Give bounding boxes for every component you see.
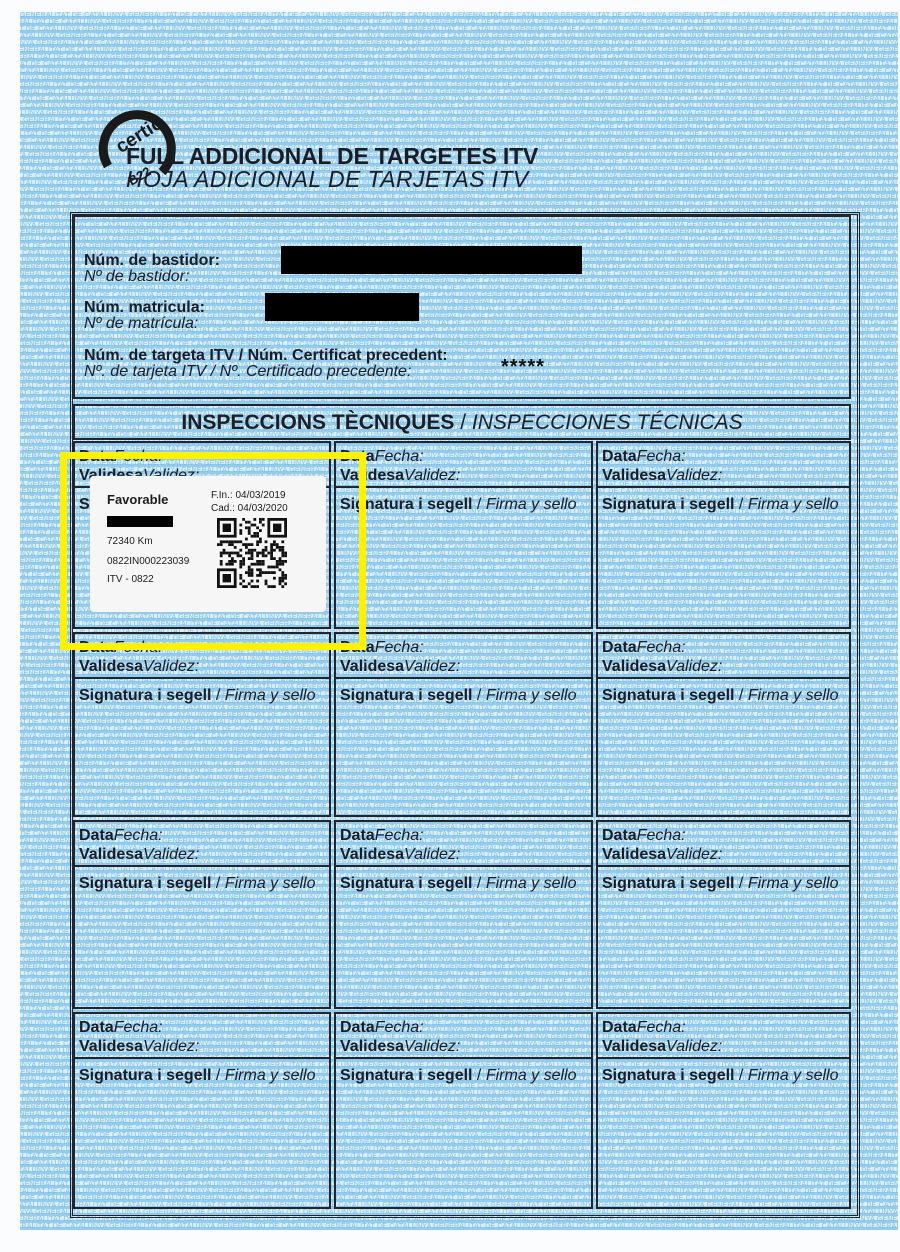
date-field: DataFecha: <box>340 1018 591 1037</box>
inspections-heading: INSPECCIONS TÈCNIQUES / INSPECCIONES TÉC… <box>73 404 851 440</box>
cell-header: DataFecha:ValidesaValidez: <box>336 634 591 679</box>
inspection-cell: DataFecha:ValidesaValidez:Signatura i se… <box>334 1012 593 1209</box>
plate-redaction <box>265 293 419 321</box>
signature-field: Signatura i segell / Firma y sello <box>75 867 329 893</box>
date-field: DataFecha: <box>602 638 849 657</box>
signature-field: Signatura i segell / Firma y sello <box>598 488 849 514</box>
date-field: DataFecha: <box>79 826 329 845</box>
validity-field: ValidesaValidez: <box>340 466 591 485</box>
inspection-cell: DataFecha:ValidesaValidez:Signatura i se… <box>334 820 593 1009</box>
signature-field: Signatura i segell / Firma y sello <box>336 867 591 893</box>
cell-header: DataFecha:ValidesaValidez: <box>336 1014 591 1059</box>
inspection-cell: DataFecha:ValidesaValidez:Signatura i se… <box>334 441 593 629</box>
title-spanish: HOJA ADICIONAL DE TARJETAS ITV <box>126 166 529 193</box>
chassis-redaction <box>281 246 582 274</box>
inspection-cell: DataFecha:ValidesaValidez:Signatura i se… <box>73 632 331 817</box>
chassis-label-es: Nº de bastidor: <box>84 268 189 286</box>
validity-field: ValidesaValidez: <box>602 845 849 864</box>
inspection-cell: DataFecha:ValidesaValidez:Signatura i se… <box>596 1012 851 1209</box>
heading-es: INSPECCIONES TÉCNICAS <box>472 411 743 434</box>
card-label-es: Nº. de tarjeta ITV / Nº. Certificado pre… <box>84 363 411 381</box>
date-field: DataFecha: <box>340 638 591 657</box>
validity-field: ValidesaValidez: <box>340 845 591 864</box>
signature-field: Signatura i segell / Firma y sello <box>598 867 849 893</box>
signature-field: Signatura i segell / Firma y sello <box>598 679 849 705</box>
signature-field: Signatura i segell / Firma y sello <box>75 679 329 705</box>
validity-field: ValidesaValidez: <box>602 657 849 676</box>
cell-header: DataFecha:ValidesaValidez: <box>598 822 849 867</box>
plate-label-es: Nº de matrícula: <box>84 315 198 333</box>
validity-field: ValidesaValidez: <box>602 1037 849 1056</box>
date-field: DataFecha: <box>340 826 591 845</box>
heading-sep: / <box>454 411 472 434</box>
validity-field: ValidesaValidez: <box>340 657 591 676</box>
validity-field: ValidesaValidez: <box>79 657 329 676</box>
signature-field: Signatura i segell / Firma y sello <box>336 488 591 514</box>
cell-header: DataFecha:ValidesaValidez: <box>336 443 591 488</box>
inspection-cell: DataFecha:ValidesaValidez:Signatura i se… <box>596 632 851 817</box>
signature-field: Signatura i segell / Firma y sello <box>336 679 591 705</box>
heading-ca: INSPECCIONS TÈCNIQUES <box>181 411 454 434</box>
date-field: DataFecha: <box>79 1018 329 1037</box>
inspection-cell: DataFecha:ValidesaValidez:Signatura i se… <box>73 1012 331 1209</box>
cell-header: DataFecha:ValidesaValidez: <box>75 1014 329 1059</box>
cell-header: DataFecha:ValidesaValidez: <box>336 822 591 867</box>
validity-field: ValidesaValidez: <box>340 1037 591 1056</box>
signature-field: Signatura i segell / Firma y sello <box>336 1059 591 1085</box>
validity-field: ValidesaValidez: <box>79 1037 329 1056</box>
signature-field: Signatura i segell / Firma y sello <box>598 1059 849 1085</box>
date-field: DataFecha: <box>602 826 849 845</box>
validity-field: ValidesaValidez: <box>79 845 329 864</box>
inspection-cell: DataFecha:ValidesaValidez:Signatura i se… <box>73 820 331 1009</box>
card-value: ***** <box>501 356 545 379</box>
validity-field: ValidesaValidez: <box>602 466 849 485</box>
inspection-cell: DataFecha:ValidesaValidez:Signatura i se… <box>596 820 851 1009</box>
cell-header: DataFecha:ValidesaValidez: <box>75 822 329 867</box>
cell-header: DataFecha:ValidesaValidez: <box>598 634 849 679</box>
signature-field: Signatura i segell / Firma y sello <box>75 1059 329 1085</box>
cell-header: DataFecha:ValidesaValidez: <box>598 443 849 488</box>
date-field: DataFecha: <box>340 447 591 466</box>
cell-header: DataFecha:ValidesaValidez: <box>598 1014 849 1059</box>
inspection-cell: DataFecha:ValidesaValidez:Signatura i se… <box>596 441 851 629</box>
date-field: DataFecha: <box>602 1018 849 1037</box>
date-field: DataFecha: <box>602 447 849 466</box>
highlight-box <box>60 452 366 650</box>
inspection-cell: DataFecha:ValidesaValidez:Signatura i se… <box>334 632 593 817</box>
